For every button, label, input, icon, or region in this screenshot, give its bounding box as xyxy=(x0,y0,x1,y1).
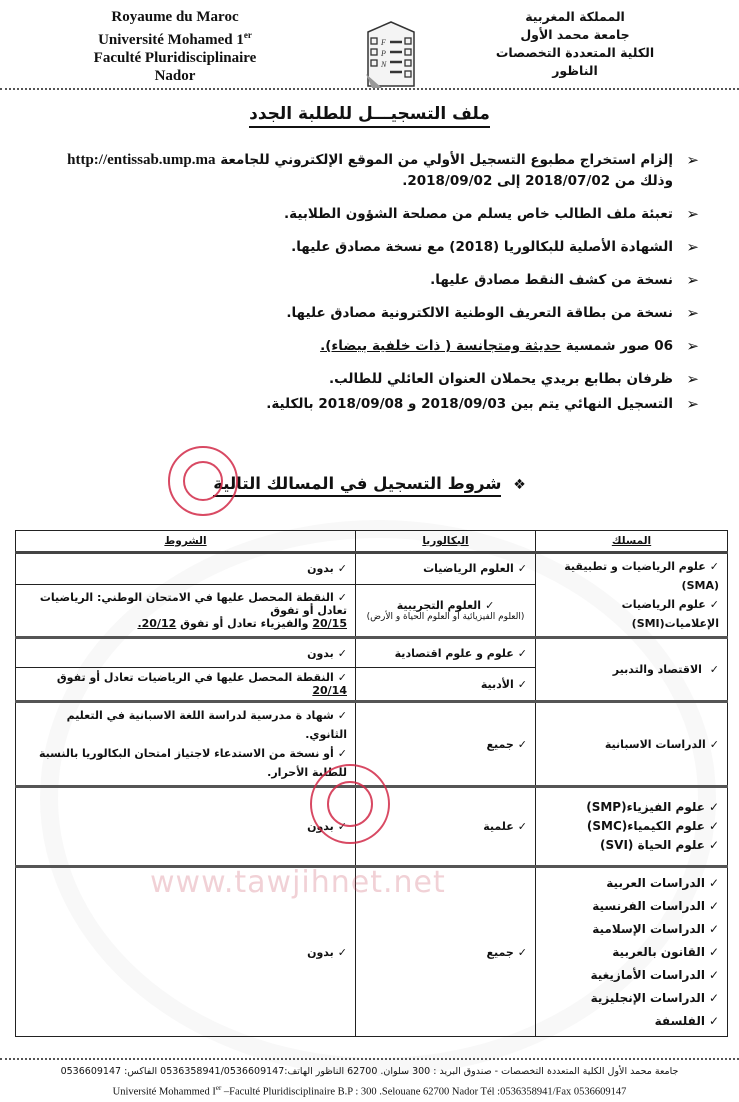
bac-cell: ✓علوم و علوم اقتصادية xyxy=(356,638,536,668)
table-row: ✓علوم الرياضيات و تطبيقية (SMA) ✓علوم ال… xyxy=(16,553,728,585)
footer-address-fr: Université Mohammed Ier –Faculté Pluridi… xyxy=(0,1080,739,1101)
footer: جامعة محمد الأول الكلية المتعددة التخصصا… xyxy=(0,1064,739,1101)
university-fr: Université Mohamed 1er xyxy=(70,26,280,49)
official-stamp xyxy=(168,446,238,516)
header-bac: البكالوريا xyxy=(356,531,536,553)
svg-text:P: P xyxy=(380,49,386,58)
condition-cell: ✓بدون xyxy=(16,638,356,668)
arrow-bullet-icon: ➢ xyxy=(686,270,699,291)
track-cell: ✓الدراسات العربية ✓الدراسات الفرنسية ✓ال… xyxy=(536,867,728,1037)
requirement-item: ➢ نسخة من بطاقة التعريف الوطنية الالكترو… xyxy=(9,303,699,324)
arrow-bullet-icon: ➢ xyxy=(686,303,699,324)
section-title: ❖ شروط التسجيل في المسالك التالية xyxy=(0,474,739,493)
condition-cell: ✓بدون xyxy=(16,787,356,867)
requirements-list: ➢ إلزام استخراج مطبوع التسجيل الأولي من … xyxy=(9,150,699,427)
requirement-item: ➢ التسجيل النهائي يتم بين 2018/09/03 و 2… xyxy=(9,394,699,415)
arrow-bullet-icon: ➢ xyxy=(686,237,699,258)
requirement-item: ➢ 06 صور شمسية حديثة ومتجانسة ( ذات خلفي… xyxy=(9,336,699,357)
condition-cell: ✓بدون xyxy=(16,553,356,585)
bac-cell: ✓الأدبية xyxy=(356,668,536,702)
kingdom-fr: Royaume du Maroc xyxy=(70,8,280,26)
city-ar: الناظور xyxy=(485,62,665,80)
track-cell: ✓علوم الرياضيات و تطبيقية (SMA) ✓علوم ال… xyxy=(536,553,728,638)
arrow-bullet-icon: ➢ xyxy=(686,336,699,357)
footer-address-ar: جامعة محمد الأول الكلية المتعددة التخصصا… xyxy=(0,1064,739,1080)
svg-text:F: F xyxy=(380,38,386,47)
track-cell: ✓الدراسات الاسبانية xyxy=(536,702,728,787)
university-ar: جامعة محمد الأول xyxy=(485,26,665,44)
requirement-item: ➢ ظرفان بطابع بريدي يحملان العنوان العائ… xyxy=(9,369,699,390)
requirement-item: ➢ نسخة من كشف النقط مصادق عليها. xyxy=(9,270,699,291)
track-cell: ✓علوم الفيزياء(SMP) ✓علوم الكيمياء(SMC) … xyxy=(536,787,728,867)
registration-url[interactable]: http://entissab.ump.ma xyxy=(67,152,215,168)
header-divider xyxy=(0,88,739,90)
header-arabic: المملكة المغربية جامعة محمد الأول الكلية… xyxy=(485,8,665,80)
table-header-row: المسلك البكالوريا الشروط xyxy=(16,531,728,553)
diamond-bullet-icon: ❖ xyxy=(513,477,526,493)
official-stamp xyxy=(310,764,390,844)
arrow-bullet-icon: ➢ xyxy=(686,150,699,171)
faculty-ar: الكلية المتعددة التخصصات xyxy=(485,44,665,62)
requirement-item: ➢ إلزام استخراج مطبوع التسجيل الأولي من … xyxy=(9,150,699,192)
footer-divider xyxy=(0,1058,739,1060)
arrow-bullet-icon: ➢ xyxy=(686,204,699,225)
faculty-logo: F P N xyxy=(362,18,420,90)
kingdom-ar: المملكة المغربية xyxy=(485,8,665,26)
requirement-item: ➢ الشهادة الأصلية للبكالوريا (2018) مع ن… xyxy=(9,237,699,258)
header-french: Royaume du Maroc Université Mohamed 1er … xyxy=(70,8,280,85)
bac-cell: ✓العلوم التجريبية (العلوم الفيزيائية أو … xyxy=(356,584,536,637)
condition-cell: ✓النقطة المحصل عليها في الرياضيات تعادل … xyxy=(16,668,356,702)
arrow-bullet-icon: ➢ xyxy=(686,369,699,390)
watermark-url: www.tawjihnet.net xyxy=(150,865,446,900)
city-fr: Nador xyxy=(70,67,280,85)
bac-cell: ✓جميع xyxy=(356,702,536,787)
header-track: المسلك xyxy=(536,531,728,553)
svg-text:N: N xyxy=(380,60,387,69)
arrow-bullet-icon: ➢ xyxy=(686,394,699,415)
table-row: ✓ الاقتصاد والتدبير ✓علوم و علوم اقتصادي… xyxy=(16,638,728,668)
condition-cell: ✓النقطة المحصل عليها في الامتحان الوطني:… xyxy=(16,584,356,637)
requirement-item: ➢ تعبئة ملف الطالب خاص يسلم من مصلحة الش… xyxy=(9,204,699,225)
bac-cell: ✓العلوم الرياضيات xyxy=(356,553,536,585)
header-conditions: الشروط xyxy=(16,531,356,553)
page-title: ملف التسجيـــل للطلبة الجدد xyxy=(0,104,739,124)
track-cell: ✓ الاقتصاد والتدبير xyxy=(536,638,728,702)
faculty-fr: Faculté Pluridisciplinaire xyxy=(70,49,280,67)
condition-cell: ✓شهاد ة مدرسية لدراسة اللغة الاسبانية في… xyxy=(16,702,356,787)
